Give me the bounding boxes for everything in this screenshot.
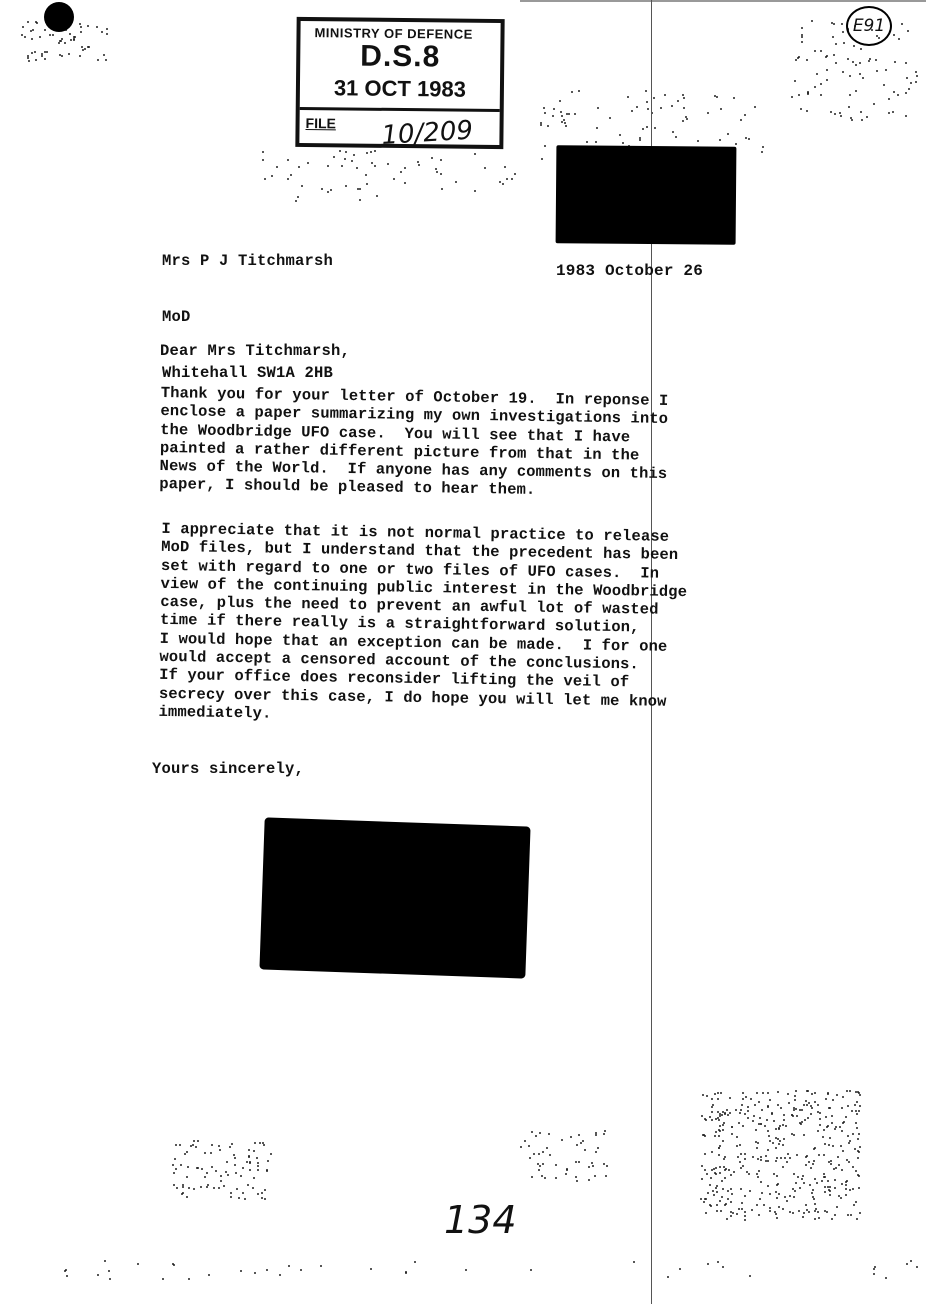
body-paragraph-2: I appreciate that it is not normal pract…	[158, 520, 688, 730]
ministry-received-stamp: MINISTRY OF DEFENCE D.S.8 31 OCT 1983 FI…	[295, 17, 504, 149]
recipient-line: Mrs P J Titchmarsh	[162, 252, 333, 272]
recipient-line: Whitehall SW1A 2HB	[162, 364, 333, 384]
handwritten-page-number: 134	[444, 1198, 517, 1242]
stamp-received-date: 31 OCT 1983	[300, 75, 500, 103]
scan-top-edge	[520, 0, 926, 2]
sender-address-redaction	[556, 145, 737, 245]
circled-folio-mark: E91	[846, 6, 892, 46]
stamp-branch: D.S.8	[300, 39, 500, 75]
punch-hole-icon	[44, 2, 74, 32]
stamp-file-label: FILE	[305, 115, 336, 131]
signature-redaction	[259, 817, 530, 978]
letter-date: 1983 October 26	[556, 262, 703, 280]
closing: Yours sincerely,	[152, 760, 304, 778]
stamp-file-number: 10/209	[381, 116, 474, 151]
scanned-letter-page: MINISTRY OF DEFENCE D.S.8 31 OCT 1983 FI…	[0, 0, 926, 1304]
recipient-line: MoD	[162, 308, 333, 328]
stamp-divider	[300, 107, 500, 112]
body-paragraph-1: Thank you for your letter of October 19.…	[159, 384, 668, 502]
salutation: Dear Mrs Titchmarsh,	[160, 342, 350, 360]
